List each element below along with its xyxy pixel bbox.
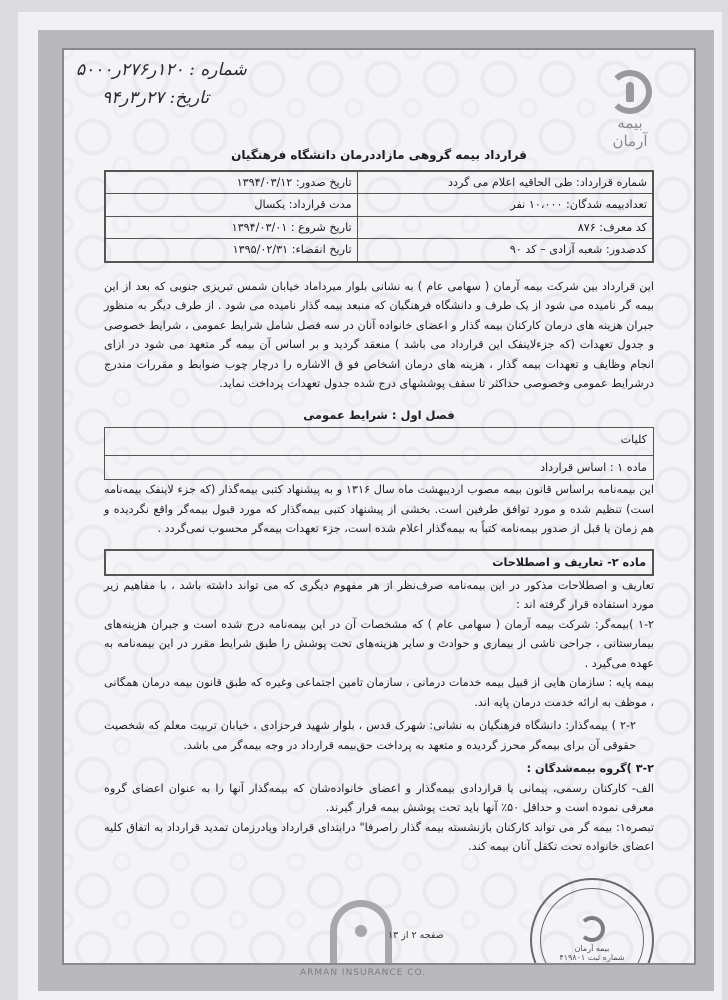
arman-logo-icon: [608, 70, 652, 114]
definition-2-3-title: ۳-۲ )گروه بیمه‌شدگان :: [104, 759, 654, 779]
definition-2-3-a: الف- کارکنان رسمی، پیمانی یا قراردادی بی…: [104, 779, 654, 818]
university-emblem-icon: [330, 900, 392, 965]
table-cell: تعدادبیمه شدگان: ۱۰،۰۰۰ نفر: [357, 194, 653, 217]
table-cell: تاریخ صدور: ۱۳۹۴/۰۳/۱۲: [105, 171, 357, 194]
table-cell: کد معرف: ۸۷۶: [357, 216, 653, 239]
article1-text: این بیمه‌نامه براساس قانون بیمه مصوب ارد…: [104, 480, 654, 539]
chapter1-boxes: کلیات ماده ۱ : اساس قرارداد: [104, 427, 654, 480]
definition-2-2: ۲-۲ ) بیمه‌گذار: دانشگاه فرهنگیان به نشا…: [104, 716, 654, 755]
chapter-title: فصل اول : شرایط عمومی: [104, 406, 654, 426]
intro-paragraph: این قرارداد بین شرکت بیمه آرمان ( سهامی …: [104, 277, 654, 394]
handwritten-date: تاریخ: ۲۷ر۳ر۹۴: [102, 88, 209, 108]
company-stamp: بیمه آرمان شماره ثبت ۴۱۹۸۰۱ شناسه ملی ۱۰…: [530, 878, 654, 965]
note-1: تبصره۱: بیمه گر می تواند کارکنان بازنشست…: [104, 818, 654, 857]
contract-title: قرارداد بیمه گروهی مازاددرمان دانشگاه فر…: [104, 146, 654, 166]
article2-intro: تعاریف و اصطلاحات مذکور در این بیمه‌نامه…: [104, 576, 654, 615]
table-row: شماره قرارداد: طی الحاقیه اعلام می گردد …: [105, 171, 653, 194]
definition-2-1: ۱-۲ )بیمه‌گر: شرکت بیمه آرمان ( سهامی عا…: [104, 615, 654, 674]
document-page: شماره : ۱۲۰ر۲۷۶ر۵۰۰۰ تاریخ: ۲۷ر۳ر۹۴ بیمه…: [62, 48, 696, 965]
table-cell: کدصدور: شعبه آزادی – کد ۹۰: [357, 239, 653, 262]
table-cell: مدت قرارداد: یکسال: [105, 194, 357, 217]
arman-logo: بیمه آرمان: [600, 70, 660, 150]
section-generalities: کلیات: [104, 427, 654, 456]
table-cell: تاریخ انقضاء: ۱۳۹۵/۰۲/۳۱: [105, 239, 357, 262]
contract-info-table: شماره قرارداد: طی الحاقیه اعلام می گردد …: [104, 170, 654, 263]
article2-title: ماده ۲- تعاریف و اصطلاحات: [104, 549, 654, 576]
table-row: کد معرف: ۸۷۶ تاریخ شروع : ۱۳۹۴/۰۳/۰۱: [105, 216, 653, 239]
table-cell: تاریخ شروع : ۱۳۹۴/۰۳/۰۱: [105, 216, 357, 239]
footer-brand: ARMAN INSURANCE CO.: [300, 968, 426, 978]
table-row: کدصدور: شعبه آزادی – کد ۹۰ تاریخ انقضاء:…: [105, 239, 653, 262]
university-logo: دانشگاه فرهنگیان: [330, 900, 392, 965]
page-number: صفحه ۲ از ۱۳: [388, 930, 444, 941]
base-insurance-definition: بیمه پایه : سازمان هایی از قبیل بیمه خدم…: [104, 673, 654, 712]
logo-name: بیمه آرمان: [600, 114, 660, 150]
contract-body: قرارداد بیمه گروهی مازاددرمان دانشگاه فر…: [104, 146, 654, 857]
table-cell: شماره قرارداد: طی الحاقیه اعلام می گردد: [357, 171, 653, 194]
article1-title: ماده ۱ : اساس قرارداد: [104, 456, 654, 480]
table-row: تعدادبیمه شدگان: ۱۰،۰۰۰ نفر مدت قرارداد:…: [105, 194, 653, 217]
handwritten-number: شماره : ۱۲۰ر۲۷۶ر۵۰۰۰: [76, 60, 247, 80]
